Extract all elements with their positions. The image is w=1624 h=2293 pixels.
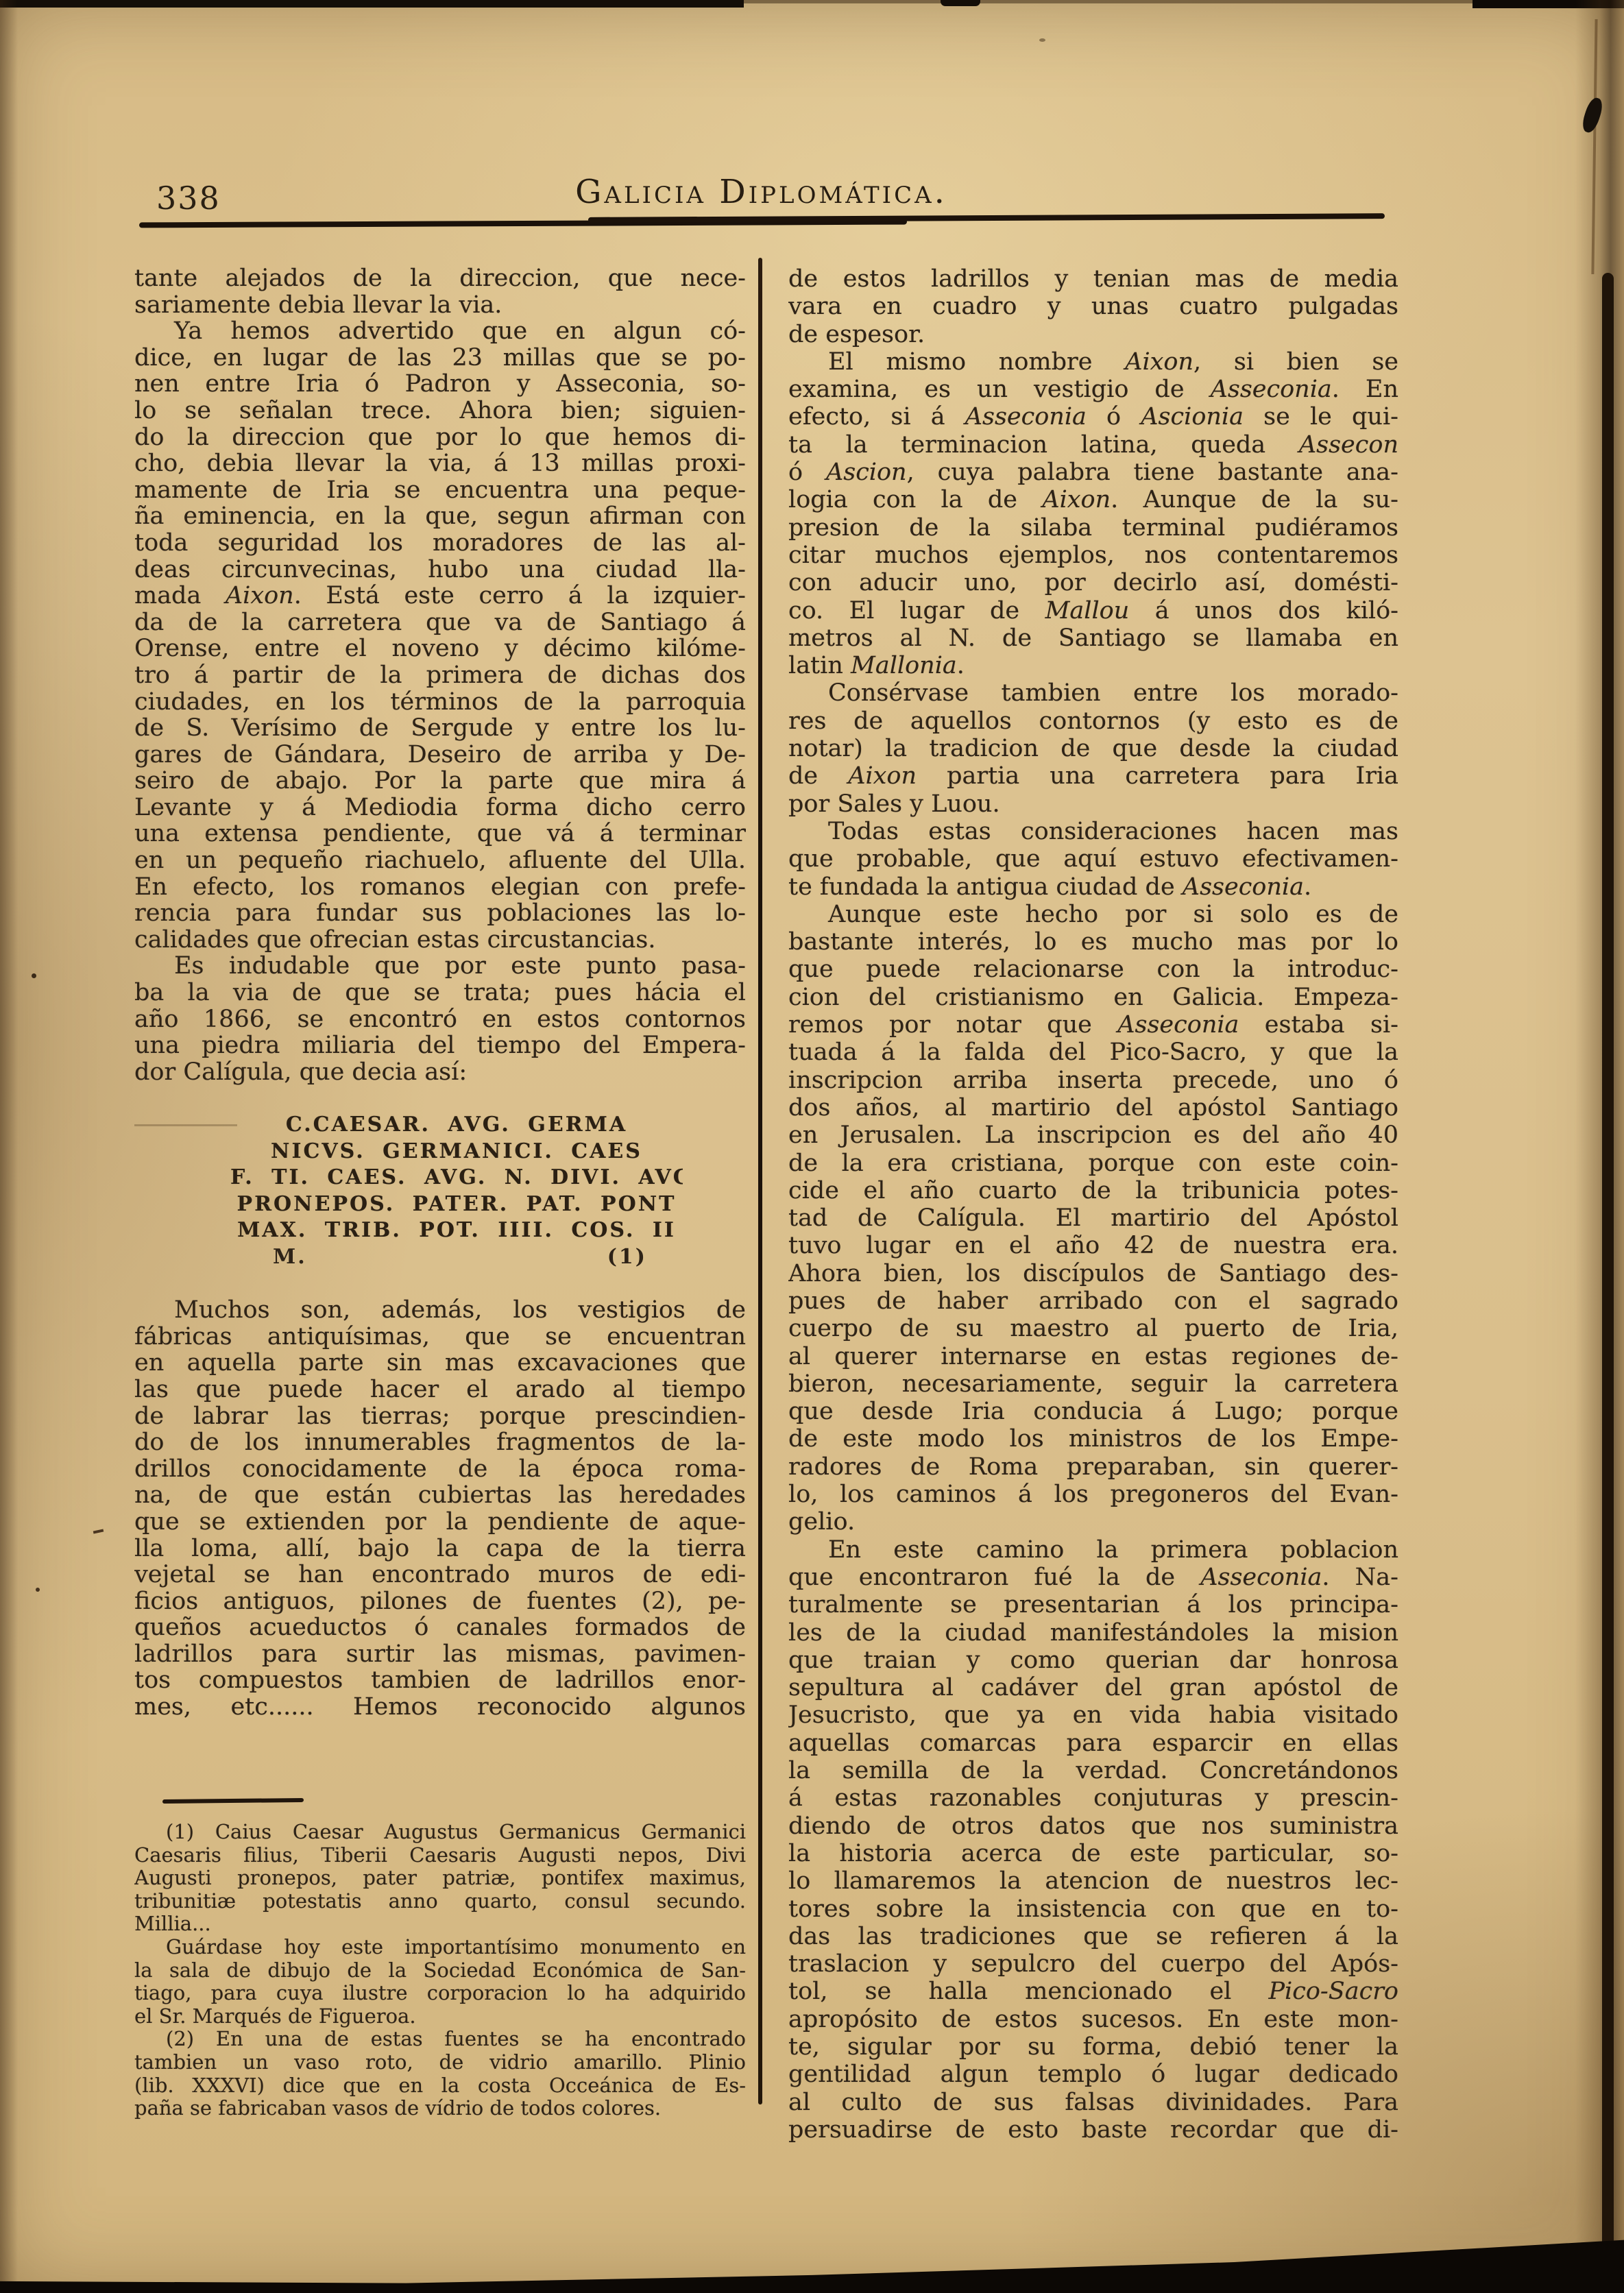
text-line: de Aixon partia una carretera para Iria [788, 762, 1398, 790]
text-line: El mismo nombre Aixon, si bien se [788, 348, 1398, 376]
text-line: que probable, que aquí estuvo efectivame… [788, 845, 1398, 873]
scan-artifact-top-blob [941, 0, 980, 6]
text-line: una extensa pendiente, que vá á terminar [134, 821, 746, 847]
right-column: de estos ladrillos y tenian mas de media… [788, 265, 1398, 2144]
text-line: diendo de otros datos que nos suministra [788, 1812, 1398, 1840]
text-line: apropósito de estos sucesos. En este mon… [788, 2006, 1398, 2033]
footnote-separator-rule [162, 1798, 304, 1804]
text-line: en Jerusalen. La inscripcion es del año … [788, 1121, 1398, 1149]
scan-artifact-top-strip [0, 0, 744, 8]
text-line: PRONEPOS. PATER. PAT. PONT [230, 1191, 683, 1218]
text-line: tuvo lugar en el año 42 de nuestra era. [788, 1232, 1398, 1259]
text-line: seiro de abajo. Por la parte que mira á [134, 768, 746, 794]
text-line: tores sobre la insistencia con que en to… [788, 1895, 1398, 1923]
text-line: vara en cuadro y unas cuatro pulgadas [788, 293, 1398, 320]
text-line: fábricas antiquísimas, que se encuentran [134, 1324, 746, 1350]
text-line: drillos conocidamente de la época roma- [134, 1456, 746, 1483]
text-line: con aducir uno, por decirlo así, domésti… [788, 569, 1398, 596]
text-line: tro á partir de la primera de dichas dos [134, 662, 746, 689]
text-line: deas circunvecinas, hubo una ciudad lla- [134, 557, 746, 583]
text-line: presion de la silaba terminal pudiéramos [788, 514, 1398, 542]
text-line: dice, en lugar de las 23 millas que se p… [134, 345, 746, 372]
text-line: Ya hemos advertido que en algun có- [134, 318, 746, 345]
text-line: radores de Roma preparaban, sin querer- [788, 1453, 1398, 1481]
text-line: do de los innumerables fragmentos de la- [134, 1429, 746, 1456]
blank-line [134, 1085, 746, 1112]
text-line: Augusti pronepos, pater patriæ, pontifex… [134, 1867, 746, 1890]
text-line: Orense, entre el noveno y décimo kilóme- [134, 635, 746, 662]
text-line: tribunitiæ potestatis anno quarto, consu… [134, 1890, 746, 1913]
text-line: á estas razonables conjuturas y prescin- [788, 1784, 1398, 1812]
text-line: de estos ladrillos y tenian mas de media [788, 265, 1398, 293]
text-line: aquellas comarcas para esparcir en ellas [788, 1730, 1398, 1757]
text-line: metros al N. de Santiago se llamaba en [788, 624, 1398, 652]
text-line: te, sigular por su forma, debió tener la [788, 2033, 1398, 2061]
text-line: lla loma, allí, bajo la capa de la tierr… [134, 1536, 746, 1562]
text-line: ta la terminacion latina, queda Assecon [788, 431, 1398, 459]
text-line: Muchos son, además, los vestigios de [134, 1297, 746, 1324]
text-line: que traian y como querian dar honrosa [788, 1647, 1398, 1674]
scan-artifact-speck [93, 1529, 104, 1533]
text-line: cion del cristianismo en Galicia. Empeza… [788, 984, 1398, 1011]
text-line: tambien un vaso roto, de vidrio amarillo… [134, 2051, 746, 2074]
text-line: tol, se halla mencionado el Pico-Sacro [788, 1978, 1398, 2005]
inscription-m: M. [273, 1244, 307, 1271]
text-line: sariamente debia llevar la via. [134, 292, 746, 319]
text-line: Todas estas consideraciones hacen mas [788, 818, 1398, 845]
text-line: mada Aixon. Está este cerro á la izquier… [134, 583, 746, 609]
text-line: inscripcion arriba inserta precede, uno … [788, 1067, 1398, 1094]
text-line: que puede relacionarse con la introduc- [788, 956, 1398, 983]
text-line: ladrillos para surtir las mismas, pavime… [134, 1641, 746, 1668]
text-line: al querer internarse en estas regiones d… [788, 1343, 1398, 1370]
text-line: Guárdase hoy este importantísimo monumen… [134, 1936, 746, 1959]
scan-artifact-speck [36, 1588, 40, 1592]
text-line: nen entre Iria ó Padron y Asseconia, so- [134, 371, 746, 398]
text-line: efecto, si á Asseconia ó Ascionia se le … [788, 403, 1398, 430]
text-line: do la direccion que por lo que hemos di- [134, 424, 746, 451]
text-line: latin Mallonia. [788, 652, 1398, 679]
text-line: por Sales y Luou. [788, 790, 1398, 818]
text-line: cide el año cuarto de la tribunicia pote… [788, 1177, 1398, 1204]
text-line: mamente de Iria se encuentra una peque- [134, 477, 746, 504]
text-line: (lib. XXXVI) dice que en la costa Occeán… [134, 2074, 746, 2098]
text-line: vejetal se han encontrado muros de edi- [134, 1562, 746, 1588]
text-line: En efecto, los romanos elegian con prefe… [134, 874, 746, 901]
text-line: gentilidad algun templo ó lugar dedicado [788, 2061, 1398, 2088]
text-line: bastante interés, lo es mucho mas por lo [788, 928, 1398, 956]
text-line: na, de que están cubiertas las heredades [134, 1482, 746, 1509]
text-line: En este camino la primera poblacion [788, 1536, 1398, 1564]
text-line: en aquella parte sin mas excavaciones qu… [134, 1350, 746, 1376]
text-line: ciudades, en los términos de la parroqui… [134, 689, 746, 716]
text-line: la historia acerca de este particular, s… [788, 1840, 1398, 1867]
text-line: persuadirse de esto baste recordar que d… [788, 2116, 1398, 2144]
text-line: de la era cristiana, porque con este coi… [788, 1150, 1398, 1177]
text-line: gelio. [788, 1508, 1398, 1536]
text-line: NICVS. GERMANICI. CAES [230, 1139, 683, 1165]
left-column-text-bottom: Muchos son, además, los vestigios defábr… [134, 1297, 746, 1721]
text-line: remos por notar que Asseconia estaba si- [788, 1011, 1398, 1039]
text-line: (1) Caius Caesar Augustus Germanicus Ger… [134, 1821, 746, 1844]
scan-artifact-speck [1039, 38, 1045, 42]
text-line: lo, los caminos á los pregoneros del Eva… [788, 1481, 1398, 1508]
scanned-journal-page: 338 Galicia Diplomática. tante alejados … [0, 0, 1624, 2293]
text-line: de S. Verísimo de Sergude y entre los lu… [134, 715, 746, 742]
header-rule [588, 213, 1385, 223]
text-line: turalmente se presentarian á los princip… [788, 1591, 1398, 1618]
text-line: dos años, al martirio del apóstol Santia… [788, 1094, 1398, 1121]
journal-title: Galicia Diplomática. [139, 173, 1383, 211]
footnotes-block: (1) Caius Caesar Augustus Germanicus Ger… [134, 1821, 746, 2120]
text-line: de este modo los ministros de los Empe- [788, 1425, 1398, 1453]
text-line: Jesucristo, que ya en vida habia visitad… [788, 1701, 1398, 1729]
text-line: citar muchos ejemplos, nos contentaremos [788, 542, 1398, 569]
text-line: (2) En una de estas fuentes se ha encont… [134, 2028, 746, 2051]
text-line: C.CAESAR. AVG. GERMA [230, 1112, 683, 1139]
footnote-marker-1: (1) [607, 1244, 647, 1271]
text-line: dor Calígula, que decia así: [134, 1059, 746, 1086]
text-line: les de la ciudad manifestándoles la misi… [788, 1619, 1398, 1647]
text-line: MAX. TRIB. POT. IIII. COS. II [230, 1217, 683, 1244]
text-line: rencia para fundar sus poblaciones las l… [134, 900, 746, 927]
text-line: tos compuestos tambien de ladrillos enor… [134, 1667, 746, 1694]
text-line: calidades que ofrecian estas circustanci… [134, 927, 746, 954]
text-line: de espesor. [788, 321, 1398, 348]
text-line: Consérvase tambien entre los morado- [788, 679, 1398, 707]
text-line: que desde Iria conducia á Lugo; porque [788, 1398, 1398, 1425]
text-line: ña eminencia, en la que, segun afirman c… [134, 503, 746, 530]
text-line: la sala de dibujo de la Sociedad Económi… [134, 1959, 746, 1982]
text-line: el Sr. Marqués de Figueroa. [134, 2005, 746, 2028]
text-line: gares de Gándara, Deseiro de arriba y De… [134, 742, 746, 768]
text-line: sepultura al cadáver del gran apóstol de [788, 1674, 1398, 1701]
text-line: las que puede hacer el arado al tiempo [134, 1376, 746, 1403]
scan-artifact-speck [32, 973, 36, 978]
text-line: cuerpo de su maestro al puerto de Iria, [788, 1315, 1398, 1342]
text-line: Ahora bien, los discípulos de Santiago d… [788, 1260, 1398, 1287]
blank-line [134, 1271, 746, 1298]
text-line: pues de haber arribado con el sagrado [788, 1287, 1398, 1315]
text-line: bieron, necesariamente, seguir la carret… [788, 1370, 1398, 1398]
text-line: Millia... [134, 1913, 746, 1936]
left-column: tante alejados de la direccion, que nece… [134, 265, 746, 1721]
scan-artifact-right-shadow [1575, 0, 1624, 2293]
column-divider-rule [758, 258, 762, 2104]
text-line: en un pequeño riachuelo, afluente del Ul… [134, 847, 746, 874]
text-line: cho, debia llevar la via, á 13 millas pr… [134, 450, 746, 477]
text-line: ó Ascion, cuya palabra tiene bastante an… [788, 459, 1398, 486]
left-column-text-top: tante alejados de la direccion, que nece… [134, 265, 746, 1085]
roman-inscription-block: C.CAESAR. AVG. GERMANICVS. GERMANICI. CA… [230, 1112, 683, 1271]
text-line: tad de Calígula. El martirio del Apóstol [788, 1204, 1398, 1232]
scan-artifact-right-edge-line [1602, 273, 1614, 2293]
text-line: das las tradiciones que se refieren á la [788, 1923, 1398, 1950]
text-line: logia con la de Aixon. Aunque de la su- [788, 486, 1398, 513]
text-line: lo llamaremos la atencion de nuestros le… [788, 1867, 1398, 1895]
text-line: res de aquellos contornos (y esto es de [788, 707, 1398, 735]
text-line: lo se señalan trece. Ahora bien; siguien… [134, 398, 746, 424]
scan-artifact-left-shadow [0, 0, 18, 2293]
text-line: al culto de sus falsas divinidades. Para [788, 2089, 1398, 2116]
text-line: paña se fabricaban vasos de vídrio de to… [134, 2097, 746, 2120]
text-line: la semilla de la verdad. Concretándonos [788, 1757, 1398, 1784]
text-line: queños acueductos ó canales formados de [134, 1614, 746, 1641]
text-line: notar) la tradicion de que desde la ciud… [788, 735, 1398, 762]
text-line: Caesaris filius, Tiberii Caesaris August… [134, 1844, 746, 1867]
text-line: tuada á la falda del Pico-Sacro, y que l… [788, 1039, 1398, 1066]
text-line: que encontraron fué la de Asseconia. Na- [788, 1564, 1398, 1591]
text-line: Aunque este hecho por si solo es de [788, 901, 1398, 928]
scan-artifact-bottom-band [0, 2231, 1624, 2293]
text-line: mes, etc...... Hemos reconocido algunos [134, 1694, 746, 1721]
text-line: ba la via de que se trata; pues hácia el [134, 980, 746, 1006]
text-line: toda seguridad los moradores de las al- [134, 530, 746, 557]
text-line: F. TI. CAES. AVG. N. DIVI. AVG [230, 1165, 683, 1191]
text-line: examina, es un vestigio de Asseconia. En [788, 376, 1398, 403]
text-line: tante alejados de la direccion, que nece… [134, 265, 746, 292]
text-line: Levante y á Mediodia forma dicho cerro [134, 794, 746, 821]
text-line: una piedra miliaria del tiempo del Emper… [134, 1032, 746, 1059]
inscription-lines: C.CAESAR. AVG. GERMANICVS. GERMANICI. CA… [230, 1112, 683, 1244]
text-line: co. El lugar de Mallou á unos dos kiló- [788, 597, 1398, 624]
inscription-last-line: M. (1) [230, 1244, 683, 1271]
text-line: traslacion y sepulcro del cuerpo del Apó… [788, 1950, 1398, 1978]
text-line: Es indudable que por este punto pasa- [134, 953, 746, 980]
text-line: de labrar las tierras; porque prescindie… [134, 1403, 746, 1430]
text-line: da de la carretera que va de Santiago á [134, 609, 746, 636]
text-line: año 1866, se encontró en estos contornos [134, 1006, 746, 1033]
text-line: ficios antiguos, pilones de fuentes (2),… [134, 1588, 746, 1615]
text-line: que se extienden por la pendiente de aqu… [134, 1509, 746, 1536]
text-line: te fundada la antigua ciudad de Asseconi… [788, 873, 1398, 901]
text-line: tiago, para cuya ilustre corporacion lo … [134, 1982, 746, 2005]
